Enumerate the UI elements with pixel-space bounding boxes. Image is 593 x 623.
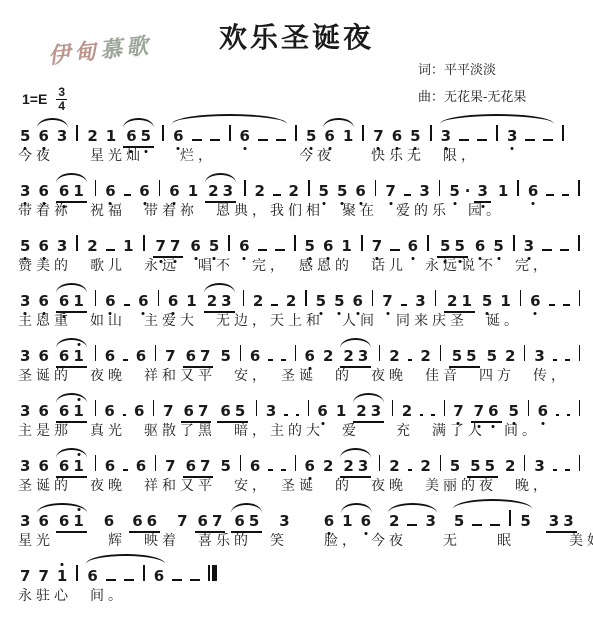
note: 6 xyxy=(250,349,260,364)
duration-dash xyxy=(172,579,182,581)
note: 3 xyxy=(507,129,517,144)
duration-dash xyxy=(258,249,268,251)
beam-group: 61 xyxy=(56,514,87,533)
barline xyxy=(95,400,96,416)
note: 5 xyxy=(337,184,347,199)
note: 6 xyxy=(104,404,114,419)
duration-dash xyxy=(490,524,500,526)
note: 7 xyxy=(382,294,392,309)
barline xyxy=(143,235,145,251)
barline xyxy=(243,290,244,306)
note: 5 xyxy=(410,129,420,144)
system-8: 3661666767653616235533星光 辉 映着 喜乐的 笑 脸， 今… xyxy=(16,497,585,552)
note: 7 xyxy=(474,404,484,419)
duration-dash xyxy=(553,469,558,471)
note: 3 xyxy=(57,129,67,144)
note: 5 xyxy=(470,459,480,474)
note: 5 xyxy=(482,294,492,309)
note: 6 xyxy=(323,239,333,254)
note: 6 xyxy=(528,184,538,199)
note: 1 xyxy=(106,129,116,144)
beam-group: 61 xyxy=(56,294,87,313)
note: 2 xyxy=(389,349,399,364)
notation-line: 366166612322556735·316 xyxy=(16,167,585,200)
notation-line: 77166 xyxy=(16,552,585,585)
note: 3 xyxy=(358,349,368,364)
note: 6 xyxy=(392,129,402,144)
lyrics-line: 今夜 星光灿 烂， 今夜 快乐无 限， xyxy=(16,145,585,167)
system-2: 366166612322556735·316带着祢 祝福 带着祢 恩典，我们相 … xyxy=(16,167,585,222)
beam-group: 61 xyxy=(56,404,87,423)
note: 2 xyxy=(505,459,515,474)
note: 5 xyxy=(20,129,30,144)
note: 6 xyxy=(475,239,485,254)
notation-line: 3661667675662232255523 xyxy=(16,442,585,475)
note: 6 xyxy=(136,349,146,364)
barline xyxy=(372,290,373,306)
note: 2 xyxy=(286,294,296,309)
slur-group: 33 xyxy=(437,125,558,146)
note: 3 xyxy=(415,294,425,309)
note: 5 xyxy=(493,239,503,254)
note: 1 xyxy=(461,294,471,309)
note: 2 xyxy=(87,239,97,254)
note: 6 xyxy=(305,459,315,474)
duration-dash xyxy=(408,469,413,471)
note: 6 xyxy=(154,569,164,584)
notation-line: 56321776565617655653 xyxy=(16,222,585,255)
beam-group: 23 xyxy=(340,349,371,368)
note: 6 xyxy=(59,294,69,309)
duration-dash xyxy=(190,579,200,581)
barline xyxy=(444,400,445,416)
note: 6 xyxy=(408,239,418,254)
note: 3 xyxy=(223,184,233,199)
note: 3 xyxy=(266,404,276,419)
barline xyxy=(440,455,441,471)
system-7: 3661667675662232255523圣诞的 夜晚 祥和又平 安， 圣诞 … xyxy=(16,442,585,497)
note: 5 xyxy=(520,514,530,529)
note: 5 xyxy=(141,129,151,144)
beam-group: 61 xyxy=(56,184,87,203)
note: 5 xyxy=(452,349,462,364)
note: 7 xyxy=(372,239,382,254)
key-label: 1=E xyxy=(22,91,47,107)
duration-dash xyxy=(123,414,126,416)
barline xyxy=(76,565,78,581)
note: 5 xyxy=(334,294,344,309)
barline xyxy=(229,125,231,141)
note: 6 xyxy=(38,239,48,254)
duration-dash xyxy=(124,304,131,306)
slur-group: 55 xyxy=(450,510,535,531)
barline xyxy=(76,235,78,251)
barline xyxy=(153,400,154,416)
note: 3 xyxy=(358,459,368,474)
barline xyxy=(509,510,511,526)
barline xyxy=(579,400,580,416)
duration-dash xyxy=(281,359,286,361)
duration-dash xyxy=(124,194,132,196)
notation-line: 3661666767653616235533 xyxy=(16,497,585,530)
note: 5 xyxy=(487,349,497,364)
barline xyxy=(155,345,156,361)
note: 3 xyxy=(524,239,534,254)
note: 3 xyxy=(371,404,381,419)
note: 5 xyxy=(220,459,230,474)
note: 6 xyxy=(105,349,115,364)
note: 2 xyxy=(208,184,218,199)
barline xyxy=(528,400,529,416)
time-signature: 3 4 xyxy=(56,86,67,112)
note: 2 xyxy=(402,404,412,419)
dotted-note-dot: · xyxy=(465,184,471,199)
system-3: 56321776565617655653赞美的 歌儿 永远 唱不 完， 感恩的 … xyxy=(16,222,585,277)
note: 2 xyxy=(389,514,399,529)
notation-line: 3661666123225567321516 xyxy=(16,277,585,310)
duration-dash xyxy=(565,359,570,361)
slur-group: 61 xyxy=(53,294,90,313)
score-body: 56321656656176533今夜 星光灿 烂， 今夜 快乐无 限，3661… xyxy=(16,112,585,607)
note: 6 xyxy=(186,459,196,474)
note: 7 xyxy=(165,459,175,474)
barline xyxy=(579,345,580,361)
notation-line: 3661667676536123277656 xyxy=(16,387,585,420)
note: 5 xyxy=(20,239,30,254)
barline xyxy=(295,345,296,361)
note: 7 xyxy=(453,404,463,419)
composer-credit: 曲：无花果-无花果 xyxy=(418,83,526,110)
barline xyxy=(440,345,441,361)
note: 7 xyxy=(163,404,173,419)
credits-block: 词：平平淡淡 曲：无花果-无花果 xyxy=(418,56,526,110)
note: 3 xyxy=(221,294,231,309)
barline xyxy=(256,400,257,416)
note: 6 xyxy=(38,349,48,364)
duration-dash xyxy=(567,414,570,416)
slur-group: 65 xyxy=(228,514,265,533)
note: 3 xyxy=(549,514,559,529)
note: 6 xyxy=(186,349,196,364)
barline xyxy=(162,125,164,141)
slur-group: 16 xyxy=(338,514,375,529)
note: 6 xyxy=(353,294,363,309)
barline xyxy=(308,400,309,416)
note: 6 xyxy=(361,514,371,529)
note: 5 xyxy=(466,349,476,364)
barline xyxy=(305,290,306,306)
system-4: 3661666123225567321516主恩重 如山 主爱大 无边，天上和 … xyxy=(16,277,585,332)
note: 5 xyxy=(220,349,230,364)
note: 3 xyxy=(563,514,573,529)
note: 6 xyxy=(173,129,183,144)
barline xyxy=(579,290,580,306)
note: 3 xyxy=(279,514,289,529)
duration-dash xyxy=(565,469,570,471)
note: 1 xyxy=(188,184,198,199)
beam-group: 23 xyxy=(205,184,236,203)
note: 2 xyxy=(323,459,333,474)
duration-dash xyxy=(390,249,400,251)
duration-dash xyxy=(404,194,412,196)
note: 6 xyxy=(184,404,194,419)
system-6: 3661667676536123277656主是那 真光 驱散了黑 暗，主的大 … xyxy=(16,387,585,442)
note: 6 xyxy=(169,184,179,199)
duration-dash xyxy=(477,139,487,141)
duration-dash xyxy=(562,194,570,196)
barline xyxy=(240,345,241,361)
barline xyxy=(430,125,432,141)
note: 2 xyxy=(289,184,299,199)
note: 1 xyxy=(500,294,510,309)
note: 1 xyxy=(73,514,83,529)
slur-group: 61 xyxy=(53,349,90,368)
duration-dash xyxy=(543,139,553,141)
duration-dash xyxy=(281,469,286,471)
barline xyxy=(361,235,363,251)
sheet-music-page: 伊甸慕歌 欢乐圣诞夜 词：平平淡淡 曲：无花果-无花果 1=E 3 4 5632… xyxy=(0,0,593,623)
beam-group: 61 xyxy=(56,349,87,368)
note: 7 xyxy=(38,569,48,584)
system-5: 3661667675662232255523圣诞的 夜晚 祥和又平 安， 圣诞 … xyxy=(16,332,585,387)
barline xyxy=(308,180,310,196)
barline xyxy=(513,235,515,251)
barline xyxy=(439,180,441,196)
lyrics-line: 主恩重 如山 主爱大 无边，天上和 人间 同来庆圣 诞。 xyxy=(16,310,585,332)
system-1: 56321656656176533今夜 星光灿 烂， 今夜 快乐无 限， xyxy=(16,112,585,167)
lyricist-credit: 词：平平淡淡 xyxy=(418,56,526,83)
slur-group: 61 xyxy=(320,129,357,144)
lyrics-line: 星光 辉 映着 喜乐的 笑 脸， 今夜 无 眠 美好 xyxy=(16,530,585,552)
final-barline xyxy=(208,565,217,581)
note: 6 xyxy=(38,514,48,529)
barline xyxy=(562,125,564,141)
note: 3 xyxy=(20,294,30,309)
note: 3 xyxy=(57,239,67,254)
note: 3 xyxy=(20,349,30,364)
barline xyxy=(579,455,580,471)
note: 3 xyxy=(477,184,487,199)
duration-dash xyxy=(560,249,570,251)
slur-group: 61 xyxy=(53,404,90,423)
note: 7 xyxy=(165,349,175,364)
barline xyxy=(520,290,521,306)
barline xyxy=(95,345,96,361)
slur-group: 65 xyxy=(120,129,157,148)
duration-dash xyxy=(431,414,434,416)
duration-dash xyxy=(525,139,535,141)
barline xyxy=(427,235,429,251)
note: 6 xyxy=(324,514,334,529)
note: 5 xyxy=(454,514,464,529)
beam-group: 23 xyxy=(340,459,371,478)
slur-group: 63 xyxy=(34,129,71,144)
barline xyxy=(578,235,580,251)
lyrics-line: 永驻心 间。 xyxy=(16,585,585,607)
note: 5 xyxy=(305,239,315,254)
barline xyxy=(524,345,525,361)
note: 2 xyxy=(389,459,399,474)
note: 3 xyxy=(534,349,544,364)
note: 2 xyxy=(505,349,515,364)
note: 1 xyxy=(73,459,83,474)
barline xyxy=(496,125,498,141)
barline xyxy=(244,180,246,196)
barline xyxy=(159,180,161,196)
barline xyxy=(517,180,519,196)
note: 6 xyxy=(59,404,69,419)
note: 7 xyxy=(177,514,187,529)
duration-dash xyxy=(549,304,556,306)
duration-dash xyxy=(192,139,202,141)
note: 6 xyxy=(59,184,69,199)
duration-dash xyxy=(210,139,220,141)
beam-group: 23 xyxy=(353,404,384,423)
duration-dash xyxy=(123,469,128,471)
note: 5 xyxy=(485,459,495,474)
note: 6 xyxy=(105,294,115,309)
slur-group: 23 xyxy=(350,404,387,423)
note: 6 xyxy=(139,184,149,199)
duration-dash xyxy=(271,304,278,306)
note: 1 xyxy=(73,184,83,199)
note: 2 xyxy=(323,349,333,364)
duration-dash xyxy=(258,139,268,141)
slur-group: 61 xyxy=(53,184,90,203)
duration-dash xyxy=(124,579,134,581)
beam-group: 23 xyxy=(204,294,235,313)
note: 1 xyxy=(343,129,353,144)
duration-dash xyxy=(546,194,554,196)
duration-dash xyxy=(268,469,273,471)
slur-group: 661 xyxy=(34,514,89,533)
note: 1 xyxy=(73,349,83,364)
note: 3 xyxy=(534,459,544,474)
note: 6 xyxy=(59,349,69,364)
note: 2 xyxy=(87,129,97,144)
notation-line: 3661667675662232255523 xyxy=(16,332,585,365)
note: 1 xyxy=(73,404,83,419)
note: 7 xyxy=(198,404,208,419)
note: 6 xyxy=(324,129,334,144)
key-signature: 1=E 3 4 xyxy=(22,86,67,112)
slur-group: 66 xyxy=(83,565,168,586)
note: 7 xyxy=(200,349,210,364)
barline xyxy=(295,125,297,141)
barline xyxy=(375,180,377,196)
note: 2 xyxy=(255,184,265,199)
duration-dash xyxy=(420,414,423,416)
barline xyxy=(392,400,393,416)
notation-line: 56321656656176533 xyxy=(16,112,585,145)
time-denominator: 4 xyxy=(56,99,67,113)
note: 6 xyxy=(530,294,540,309)
note: 6 xyxy=(488,404,498,419)
note: 2 xyxy=(253,294,263,309)
system-9: 77166永驻心 间。 xyxy=(16,552,585,607)
note: 5 xyxy=(450,459,460,474)
note: 3 xyxy=(20,184,30,199)
note: 6 xyxy=(38,459,48,474)
beam-group: 65 xyxy=(231,514,262,533)
barline xyxy=(578,180,580,196)
note: 5 xyxy=(249,514,259,529)
note: 6 xyxy=(132,514,142,529)
duration-dash xyxy=(268,359,273,361)
note: 1 xyxy=(336,404,346,419)
barline xyxy=(524,455,525,471)
note: 6 xyxy=(105,459,115,474)
note: 6 xyxy=(538,404,548,419)
note: 5 xyxy=(509,404,519,419)
note: 2 xyxy=(420,459,430,474)
note: 3 xyxy=(425,514,435,529)
note: 7 xyxy=(373,129,383,144)
note: 6 xyxy=(317,404,327,419)
note: 7 xyxy=(20,569,30,584)
note: 7 xyxy=(200,459,210,474)
note: 7 xyxy=(170,239,180,254)
slur-group: 61 xyxy=(53,459,90,478)
duration-dash xyxy=(553,359,558,361)
note: 7 xyxy=(385,184,395,199)
duration-dash xyxy=(459,139,469,141)
barline xyxy=(240,455,241,471)
note: 1 xyxy=(498,184,508,199)
beam-group: 61 xyxy=(56,459,87,478)
note: 6 xyxy=(240,129,250,144)
note: 2 xyxy=(207,294,217,309)
note: 5 xyxy=(319,184,329,199)
note: 6 xyxy=(305,349,315,364)
note: 6 xyxy=(104,514,114,529)
duration-dash xyxy=(401,304,408,306)
note: 5 xyxy=(306,129,316,144)
note: 5 xyxy=(454,239,464,254)
note: 6 xyxy=(355,184,365,199)
barline xyxy=(158,290,159,306)
note: 6 xyxy=(105,184,115,199)
note: 6 xyxy=(126,129,136,144)
note: 6 xyxy=(198,514,208,529)
barline xyxy=(155,455,156,471)
note: 3 xyxy=(20,404,30,419)
note: 3 xyxy=(20,514,30,529)
note: 2 xyxy=(420,349,430,364)
note: 2 xyxy=(447,294,457,309)
note: 6 xyxy=(38,404,48,419)
slur-group: 66 xyxy=(169,125,290,146)
note: 6 xyxy=(136,459,146,474)
note: 6 xyxy=(38,294,48,309)
note: 6 xyxy=(134,404,144,419)
note: 1 xyxy=(186,294,196,309)
note: 7 xyxy=(212,514,222,529)
note: 6 xyxy=(220,404,230,419)
duration-dash xyxy=(407,524,417,526)
barline xyxy=(143,565,145,581)
barline xyxy=(76,125,78,141)
slur-group: 23 xyxy=(337,459,374,478)
lyrics-line: 圣诞的 夜晚 祥和又平 安， 圣诞 的 夜晚 美丽的夜 晚， xyxy=(16,475,585,497)
note: 5 xyxy=(209,239,219,254)
slur-group: 23 xyxy=(202,184,239,203)
duration-dash xyxy=(106,579,116,581)
beam-group: 65 xyxy=(123,129,154,148)
note: 7 xyxy=(156,239,166,254)
note: 6 xyxy=(59,514,69,529)
lyrics-line: 主是那 真光 驱散了黑 暗，主的大 爱 充 满了人 间。 xyxy=(16,420,585,442)
